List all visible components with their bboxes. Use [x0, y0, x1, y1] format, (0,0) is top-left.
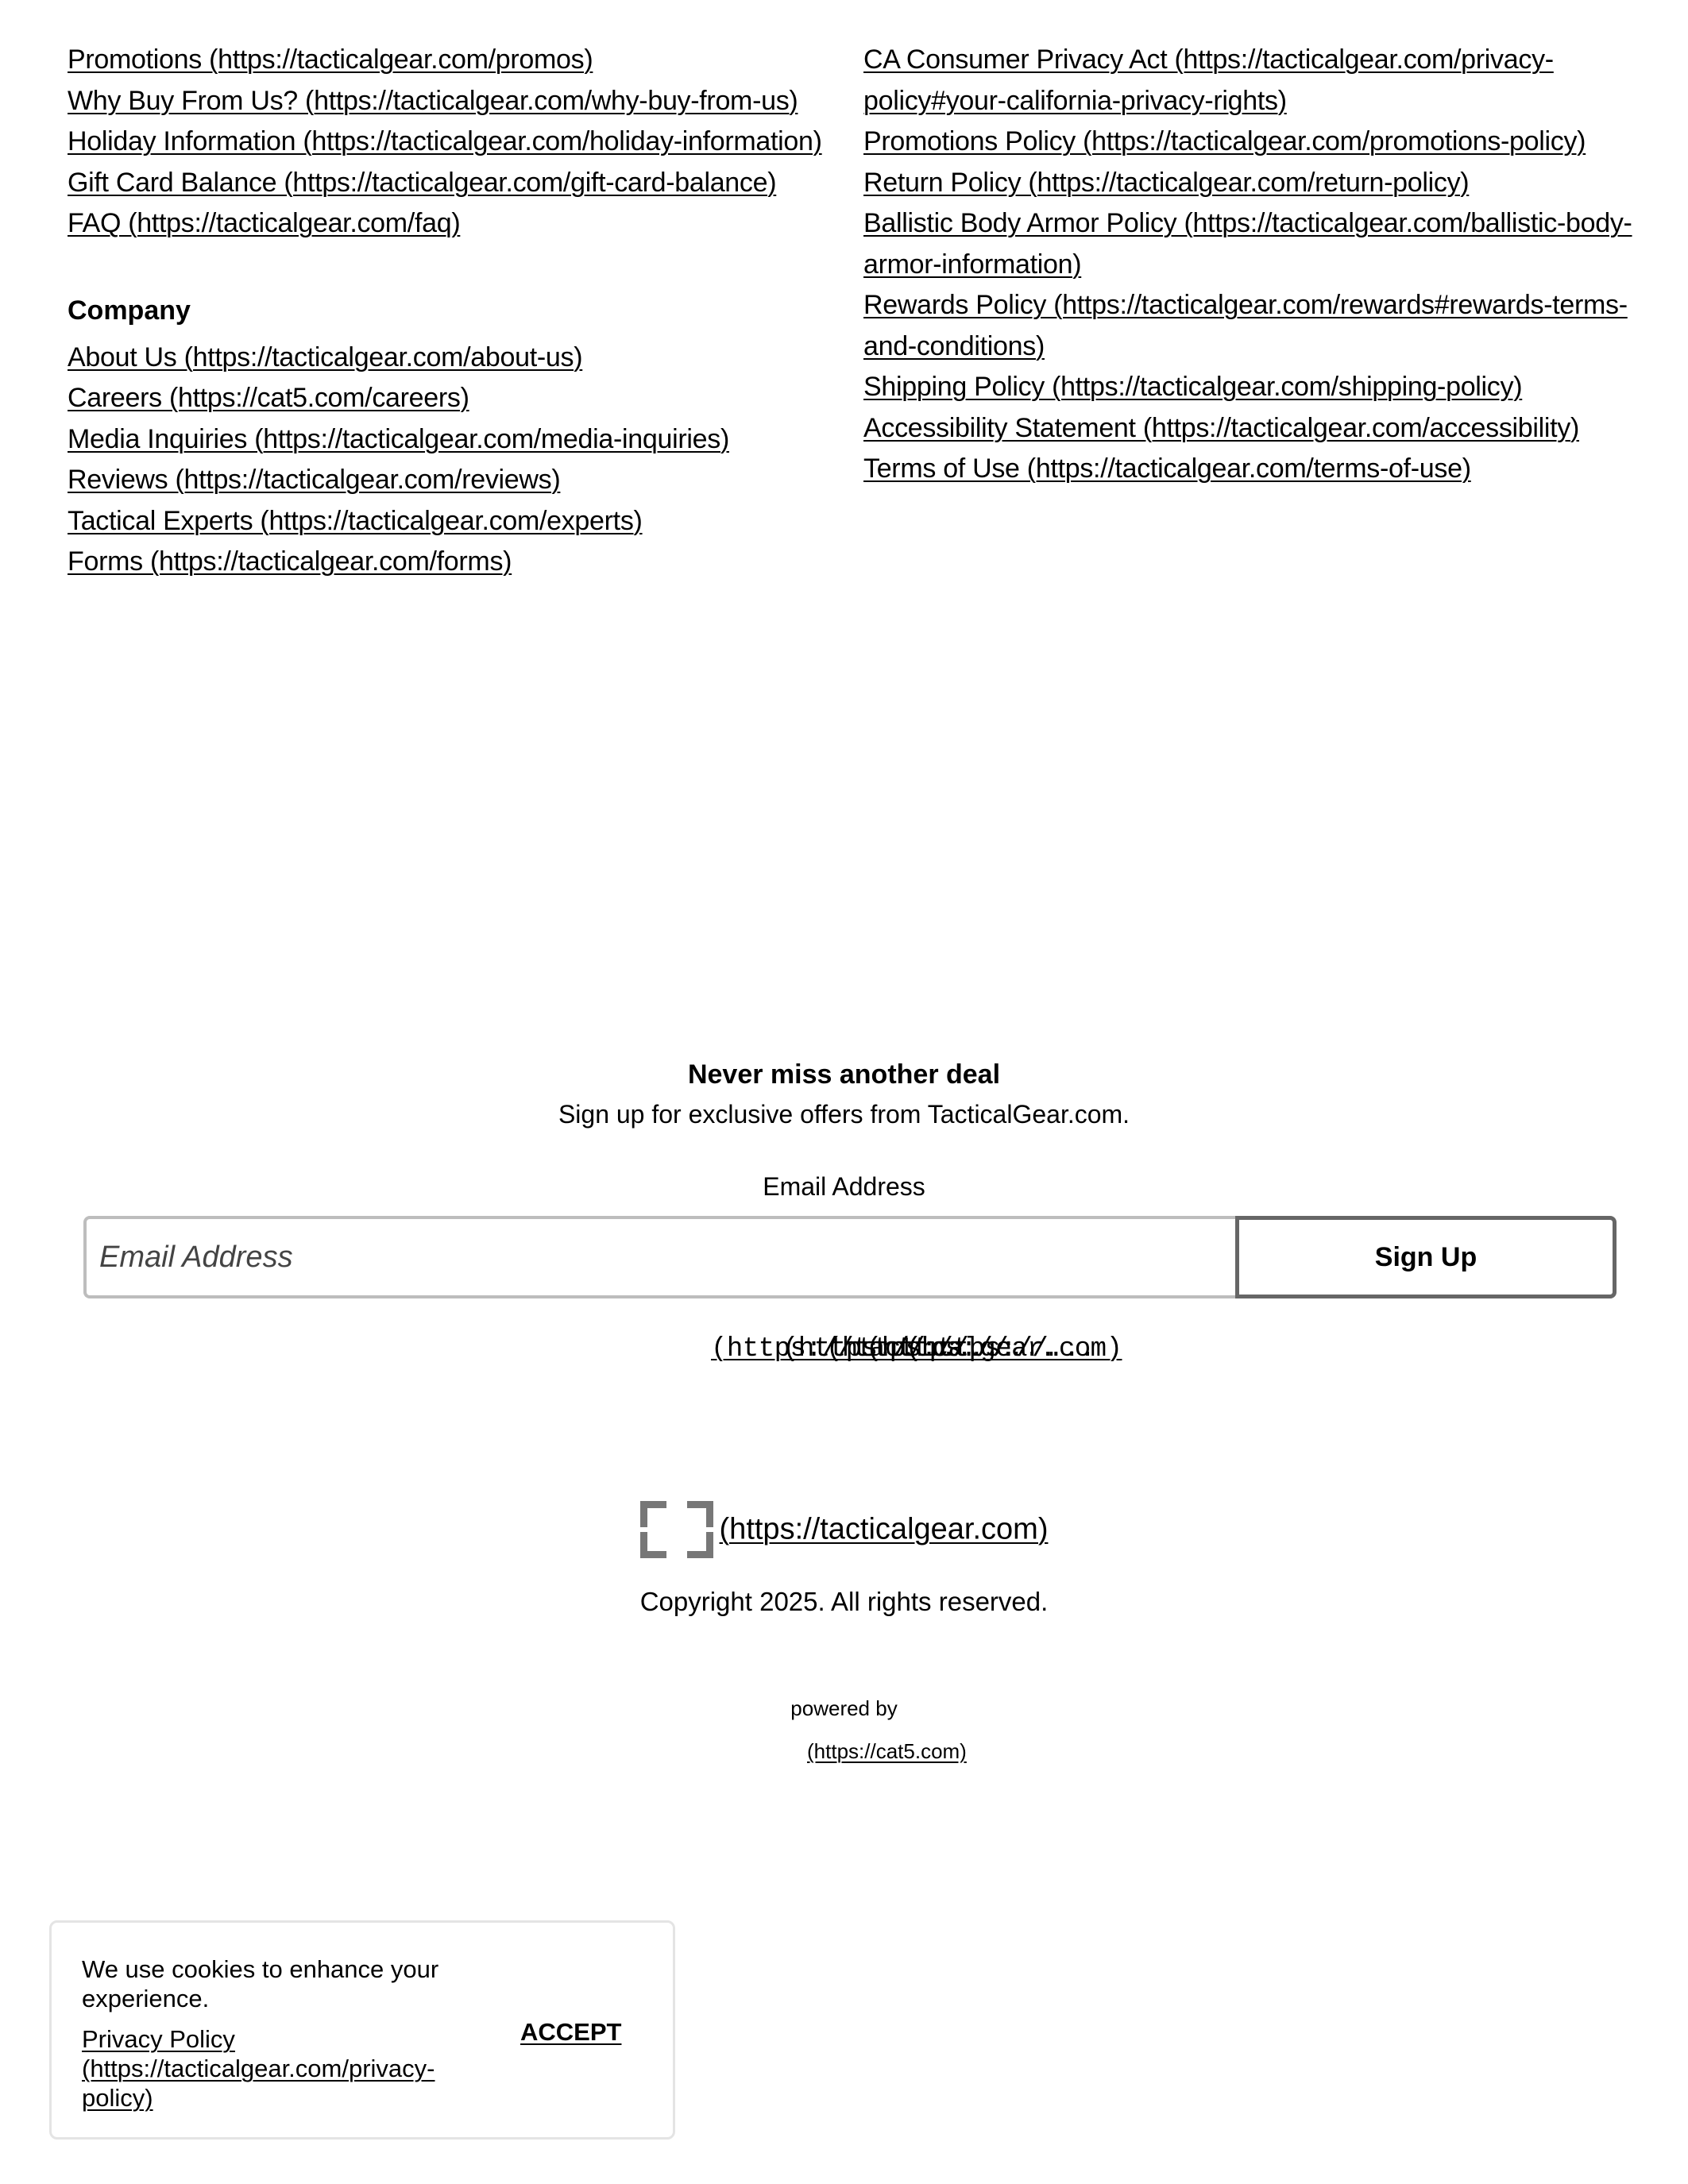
policy-link-item: Shipping Policy (https://tacticalgear.co… — [863, 367, 1658, 408]
ca-privacy-act-link[interactable]: CA Consumer Privacy Act (https://tactica… — [863, 44, 1554, 116]
accessibility-link[interactable]: Accessibility Statement (https://tactica… — [863, 413, 1579, 443]
footer-left-column: Promotions (https://tacticalgear.com/pro… — [68, 40, 830, 583]
email-input[interactable] — [83, 1216, 1235, 1298]
help-link-item: Promotions (https://tacticalgear.com/pro… — [68, 40, 830, 81]
policy-link-item: Accessibility Statement (https://tactica… — [863, 408, 1658, 450]
newsletter-section: Never miss another deal Sign up for excl… — [0, 1055, 1688, 1204]
logo-placeholder-icon — [640, 1501, 713, 1558]
help-link-item: Why Buy From Us? (https://tacticalgear.c… — [68, 81, 830, 122]
brand-row: (https://tacticalgear.com) — [0, 1501, 1688, 1558]
company-link-item: Tactical Experts (https://tacticalgear.c… — [68, 501, 830, 542]
newsletter-title: Never miss another deal — [0, 1055, 1688, 1094]
privacy-policy-link[interactable]: Privacy Policy (https://tacticalgear.com… — [82, 2024, 495, 2113]
newsletter-subtitle: Sign up for exclusive offers from Tactic… — [0, 1094, 1688, 1134]
about-us-link[interactable]: About Us (https://tacticalgear.com/about… — [68, 342, 582, 372]
policy-link-item: Terms of Use (https://tacticalgear.com/t… — [863, 449, 1658, 490]
accept-cookies-button[interactable]: ACCEPT — [520, 2018, 621, 2047]
shipping-policy-link[interactable]: Shipping Policy (https://tacticalgear.co… — [863, 372, 1522, 402]
promotions-link[interactable]: Promotions (https://tacticalgear.com/pro… — [68, 44, 593, 75]
holiday-info-link[interactable]: Holiday Information (https://tacticalgea… — [68, 126, 822, 156]
faq-link[interactable]: FAQ (https://tacticalgear.com/faq) — [68, 208, 460, 238]
body-armor-policy-link[interactable]: Ballistic Body Armor Policy (https://tac… — [863, 208, 1632, 280]
newsletter-form: Sign Up — [83, 1216, 1617, 1298]
company-link-item: Media Inquiries (https://tacticalgear.co… — [68, 419, 830, 461]
footer-right-column: CA Consumer Privacy Act (https://tactica… — [863, 40, 1658, 490]
promotions-policy-link[interactable]: Promotions Policy (https://tacticalgear.… — [863, 126, 1586, 156]
copyright-text: Copyright 2025. All rights reserved. — [0, 1587, 1688, 1617]
rewards-policy-link[interactable]: Rewards Policy (https://tacticalgear.com… — [863, 290, 1628, 361]
email-field-label: Email Address — [0, 1169, 1688, 1204]
tactical-experts-link[interactable]: Tactical Experts (https://tacticalgear.c… — [68, 506, 643, 536]
cookie-message: We use cookies to enhance your experienc… — [82, 1954, 471, 2013]
careers-link[interactable]: Careers (https://cat5.com/careers) — [68, 383, 469, 413]
help-link-item: Holiday Information (https://tacticalgea… — [68, 122, 830, 163]
help-links-list: Promotions (https://tacticalgear.com/pro… — [68, 40, 830, 245]
company-link-item: Reviews (https://tacticalgear.com/review… — [68, 460, 830, 501]
social-link[interactable]: (https://... — [906, 1334, 1095, 1364]
powered-by-text: powered by — [0, 1696, 1688, 1721]
media-inquiries-link[interactable]: Media Inquiries (https://tacticalgear.co… — [68, 424, 729, 454]
policy-link-item: Return Policy (https://tacticalgear.com/… — [863, 163, 1658, 204]
policy-link-item: CA Consumer Privacy Act (https://tactica… — [863, 40, 1658, 122]
reviews-link[interactable]: Reviews (https://tacticalgear.com/review… — [68, 465, 560, 495]
policy-links-list: CA Consumer Privacy Act (https://tactica… — [863, 40, 1658, 490]
company-links-list: About Us (https://tacticalgear.com/about… — [68, 338, 830, 583]
help-link-item: Gift Card Balance (https://tacticalgear.… — [68, 163, 830, 204]
sign-up-button[interactable]: Sign Up — [1235, 1216, 1617, 1298]
company-link-item: About Us (https://tacticalgear.com/about… — [68, 338, 830, 379]
company-link-item: Forms (https://tacticalgear.com/forms) — [68, 542, 830, 583]
return-policy-link[interactable]: Return Policy (https://tacticalgear.com/… — [863, 168, 1469, 198]
company-section: Company About Us (https://tacticalgear.c… — [68, 291, 830, 583]
company-link-item: Careers (https://cat5.com/careers) — [68, 378, 830, 419]
why-buy-link[interactable]: Why Buy From Us? (https://tacticalgear.c… — [68, 86, 798, 116]
cookie-banner: We use cookies to enhance your experienc… — [49, 1920, 675, 2140]
policy-link-item: Promotions Policy (https://tacticalgear.… — [863, 122, 1658, 163]
cat5-link[interactable]: (https://cat5.com) — [807, 1739, 967, 1764]
policy-link-item: Rewards Policy (https://tacticalgear.com… — [863, 285, 1658, 367]
company-heading: Company — [68, 291, 830, 331]
gift-card-balance-link[interactable]: Gift Card Balance (https://tacticalgear.… — [68, 168, 776, 198]
terms-of-use-link[interactable]: Terms of Use (https://tacticalgear.com/t… — [863, 453, 1471, 484]
social-links-row: (https://tacticalgear.com) (https://... … — [0, 1334, 1688, 1374]
help-link-item: FAQ (https://tacticalgear.com/faq) — [68, 203, 830, 245]
home-link[interactable]: (https://tacticalgear.com) — [720, 1513, 1049, 1546]
forms-link[interactable]: Forms (https://tacticalgear.com/forms) — [68, 546, 512, 577]
policy-link-item: Ballistic Body Armor Policy (https://tac… — [863, 203, 1658, 285]
